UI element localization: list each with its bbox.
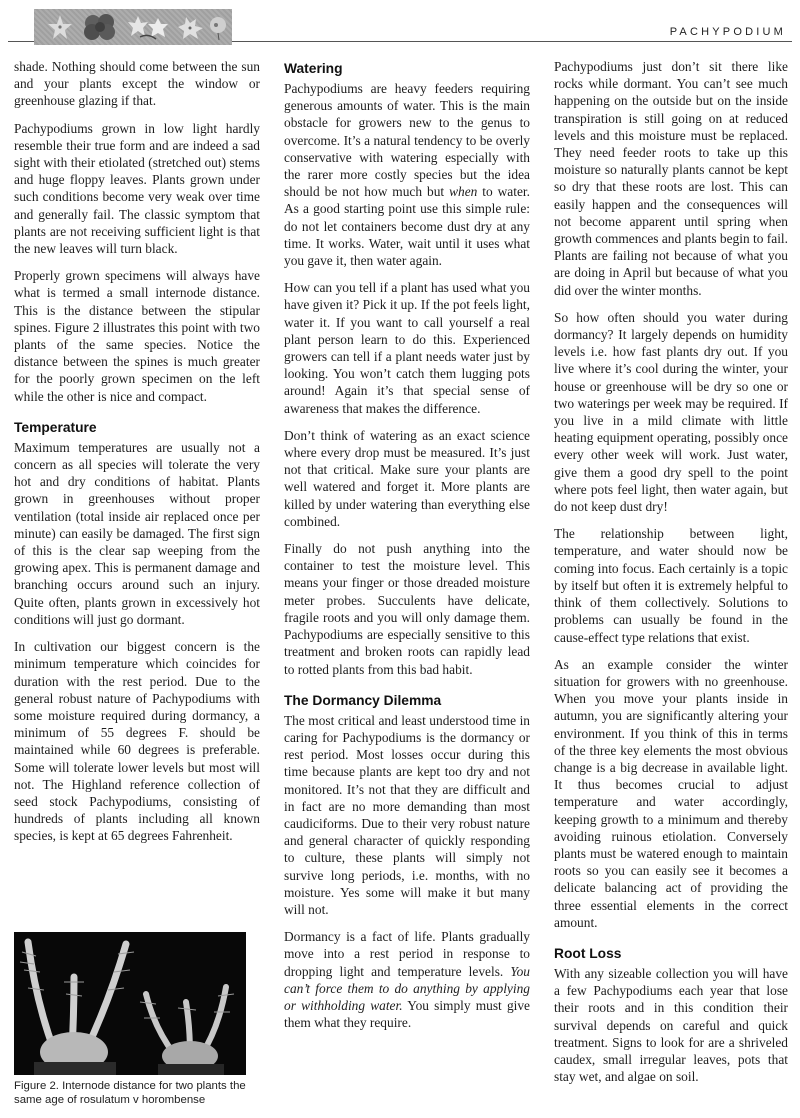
figure-photo — [14, 932, 246, 1075]
paragraph: In cultivation our biggest concern is th… — [14, 638, 260, 844]
paragraph: Don’t think of watering as an exact scie… — [284, 427, 530, 530]
paragraph: shade. Nothing should come between the s… — [14, 58, 260, 110]
header-rule — [232, 41, 792, 42]
star-flower-icon — [46, 13, 74, 41]
paragraph: How can you tell if a plant has used wha… — [284, 279, 530, 417]
paragraph: Maximum temperatures are usually not a c… — [14, 439, 260, 628]
paragraph: Pachypodiums are heavy feeders requiring… — [284, 80, 530, 269]
pale-flower-icon — [206, 13, 230, 41]
section-heading-watering: Watering — [284, 60, 530, 77]
text-run: Pachypodiums are heavy feeders requiring… — [284, 81, 530, 199]
paragraph: As an example consider the winter situat… — [554, 656, 788, 931]
dark-flower-icon — [82, 13, 118, 41]
paragraph: The relationship between light, temperat… — [554, 525, 788, 645]
pachypodium-plants-image — [14, 932, 246, 1075]
column-2: Watering Pachypodiums are heavy feeders … — [284, 58, 530, 1041]
column-3: Pachypodiums just don’t sit there like r… — [554, 58, 788, 1095]
paragraph: Dormancy is a fact of life. Plants gradu… — [284, 928, 530, 1031]
figure-caption: Figure 2. Internode distance for two pla… — [14, 1079, 246, 1107]
column-1: shade. Nothing should come between the s… — [14, 58, 260, 855]
section-heading-root-loss: Root Loss — [554, 945, 788, 962]
paragraph: The most critical and least understood t… — [284, 712, 530, 918]
flower-banner — [34, 9, 232, 45]
section-heading-dormancy: The Dormancy Dilemma — [284, 692, 530, 709]
section-heading-temperature: Temperature — [14, 419, 260, 436]
white-flower-icon — [176, 13, 206, 41]
paragraph: With any sizeable collection you will ha… — [554, 965, 788, 1085]
page-header: PACHYPODIUM — [0, 0, 800, 52]
paragraph: Finally do not push anything into the co… — [284, 540, 530, 678]
header-rule — [8, 41, 34, 42]
paragraph: So how often should you water during dor… — [554, 309, 788, 515]
paragraph: Pachypodiums just don’t sit there like r… — [554, 58, 788, 299]
paragraph: Pachypodiums grown in low light hardly r… — [14, 120, 260, 258]
white-flower-pair-icon — [126, 13, 170, 41]
emphasis: when — [449, 184, 477, 199]
text-run: Dormancy is a fact of life. Plants gradu… — [284, 929, 530, 978]
figure-2: Figure 2. Internode distance for two pla… — [14, 932, 246, 1107]
paragraph: Properly grown specimens will always hav… — [14, 267, 260, 405]
running-title: PACHYPODIUM — [670, 26, 786, 38]
